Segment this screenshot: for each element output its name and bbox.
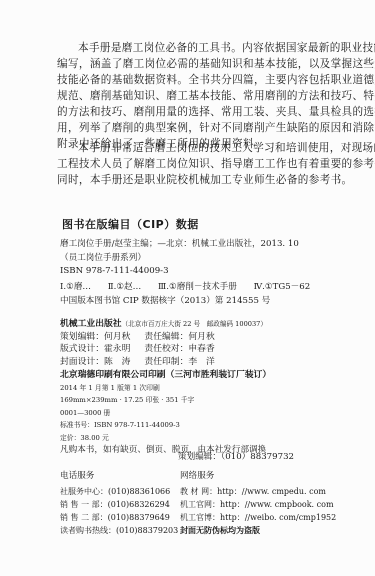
cip-data: 磨工岗位手册/赵莹主编；—北京：机械工业出版社，2013. 10 （员工岗位手册… (60, 238, 299, 279)
isbn: 标准书号：ISBN 978-7-111-44009-3 (60, 419, 271, 432)
intro-line: 技能必备的基础数据资料。全书共分四篇，主要内容包括职业道德及岗位 (57, 72, 323, 88)
phone-contact: 销 售 一 部：(010)68326294 (60, 498, 180, 511)
staff-row: 封面设计：陈 涛责任印制：李 洋 (60, 356, 267, 369)
intro-line: 规范、磨削基础知识、磨工基本技能、常用磨削的方法和技巧、特殊磨削 (57, 88, 323, 104)
staff-credit: 策划编辑：何月秋 (60, 332, 130, 342)
intro-line: 的方法和技巧、磨削用量的选择、常用工装、夹具、量具检具的选择和使 (57, 104, 323, 120)
staff-row: 版式设计：霍永明责任校对：申春香 (60, 343, 267, 356)
staff-credit: 责任校对：申春香 (144, 344, 214, 354)
printer: 北京瑞德印刷有限公司印刷（三河市胜利装订厂装订） (60, 369, 271, 382)
cip-line: ISBN 978-7-111-44009-3 (60, 265, 299, 279)
format: 169mm×239mm · 17.25 印张 · 351 千字 (60, 394, 271, 407)
phone-contact: 读者购书热线：(010)88379203 (60, 524, 180, 537)
staff-credit: 责任印制：李 洋 (144, 357, 214, 367)
classification-item: Ⅲ.①磨削－技术手册 (158, 282, 237, 292)
usage-paragraph: 本手册非常适合磨工岗位的技术工人学习和培训使用，对现场的有关 工程技术人员了解磨… (57, 140, 323, 188)
planner-phone: 策划编辑：（010）88379732 (178, 450, 294, 462)
copyright-page: 本手册是磨工岗位必备的工具书。内容依据国家最新的职业技能标准 编写，涵盖了磨工岗… (0, 0, 375, 576)
web-contact[interactable]: 教 材 网：http：//www. cmpedu. com (180, 485, 326, 498)
price: 定价：38.00 元 (60, 432, 271, 445)
cip-line: 磨工岗位手册/赵莹主编；—北京：机械工业出版社，2013. 10 (60, 238, 299, 252)
intro-line: 编写，涵盖了磨工岗位必需的基础知识和基本技能，以及掌握这些知识和 (57, 56, 323, 72)
publisher-address: （北京市百万庄大街 22 号 邮政编码 100037） (122, 320, 267, 328)
usage-line: 同时，本手册还是职业院校机械加工专业师生必备的参考书。 (57, 172, 323, 188)
classification-item: Ⅳ.①TG5－62 (254, 282, 311, 292)
phone-contact: 社服务中心：(010)88361066 (60, 485, 180, 498)
printing-info: 北京瑞德印刷有限公司印刷（三河市胜利装订厂装订） 2014 年 1 月第 1 版… (60, 369, 271, 444)
contact-services: 电话服务 网络服务 社服务中心：(010)88361066 教 材 网：http… (60, 470, 336, 537)
usage-line: 工程技术人员了解磨工岗位知识、指导磨工工作也有着重要的参考价值。 (57, 156, 323, 172)
edition: 2014 年 1 月第 1 版第 1 次印刷 (60, 382, 271, 395)
web-contact[interactable]: 机工官博：http：//weibo. com/cmp1952 (180, 511, 336, 524)
contact-row: 销 售 一 部：(010)68326294 机工官网：http：//www. c… (60, 498, 336, 511)
classification-item: Ⅰ.①磨… (60, 282, 91, 292)
staff-credit: 封面设计：陈 涛 (60, 357, 130, 367)
cip-classification: Ⅰ.①磨… Ⅱ.①赵… Ⅲ.①磨削－技术手册 Ⅳ.①TG5－62 中国版本图书馆… (60, 280, 324, 308)
usage-line: 本手册非常适合磨工岗位的技术工人学习和培训使用，对现场的有关 (57, 140, 323, 156)
contact-row: 读者购书热线：(010)88379203 封面无防伪标均为盗版 (60, 524, 336, 537)
staff-credit: 版式设计：霍永明 (60, 344, 130, 354)
staff-credit: 责任编辑：何月秋 (144, 332, 214, 342)
publisher-name: 机械工业出版社 (60, 319, 122, 329)
web-contact[interactable]: 机工官网：http：//www. cmpbook. com (180, 498, 334, 511)
contact-row: 销 售 二 部：(010)88379649 机工官博：http：//weibo.… (60, 511, 336, 524)
web-service-header: 网络服务 (180, 470, 214, 483)
anti-counterfeit-notice: 封面无防伪标均为盗版 (180, 524, 260, 537)
copies: 0001—3000 册 (60, 407, 271, 420)
intro-line: 本手册是磨工岗位必备的工具书。内容依据国家最新的职业技能标准 (57, 40, 323, 56)
cip-line: （员工岗位手册系列） (60, 252, 299, 266)
staff-row: 策划编辑：何月秋责任编辑：何月秋 (60, 331, 267, 344)
phone-contact: 销 售 二 部：(010)88379649 (60, 511, 180, 524)
intro-line: 用，列举了磨削的典型案例，针对不同磨削产生缺陷的原因和消除方法， (57, 120, 323, 136)
intro-paragraph: 本手册是磨工岗位必备的工具书。内容依据国家最新的职业技能标准 编写，涵盖了磨工岗… (57, 40, 323, 152)
cip-record-number: 中国版本图书馆 CIP 数据核字（2013）第 214555 号 (60, 294, 324, 308)
contact-row: 社服务中心：(010)88361066 教 材 网：http：//www. cm… (60, 485, 336, 498)
classification-item: Ⅱ.①赵… (108, 282, 141, 292)
cip-title: 图书在版编目（CIP）数据 (62, 216, 199, 232)
phone-service-header: 电话服务 (60, 470, 180, 483)
publisher-info: 机械工业出版社（北京市百万庄大街 22 号 邮政编码 100037） 策划编辑：… (60, 318, 267, 368)
